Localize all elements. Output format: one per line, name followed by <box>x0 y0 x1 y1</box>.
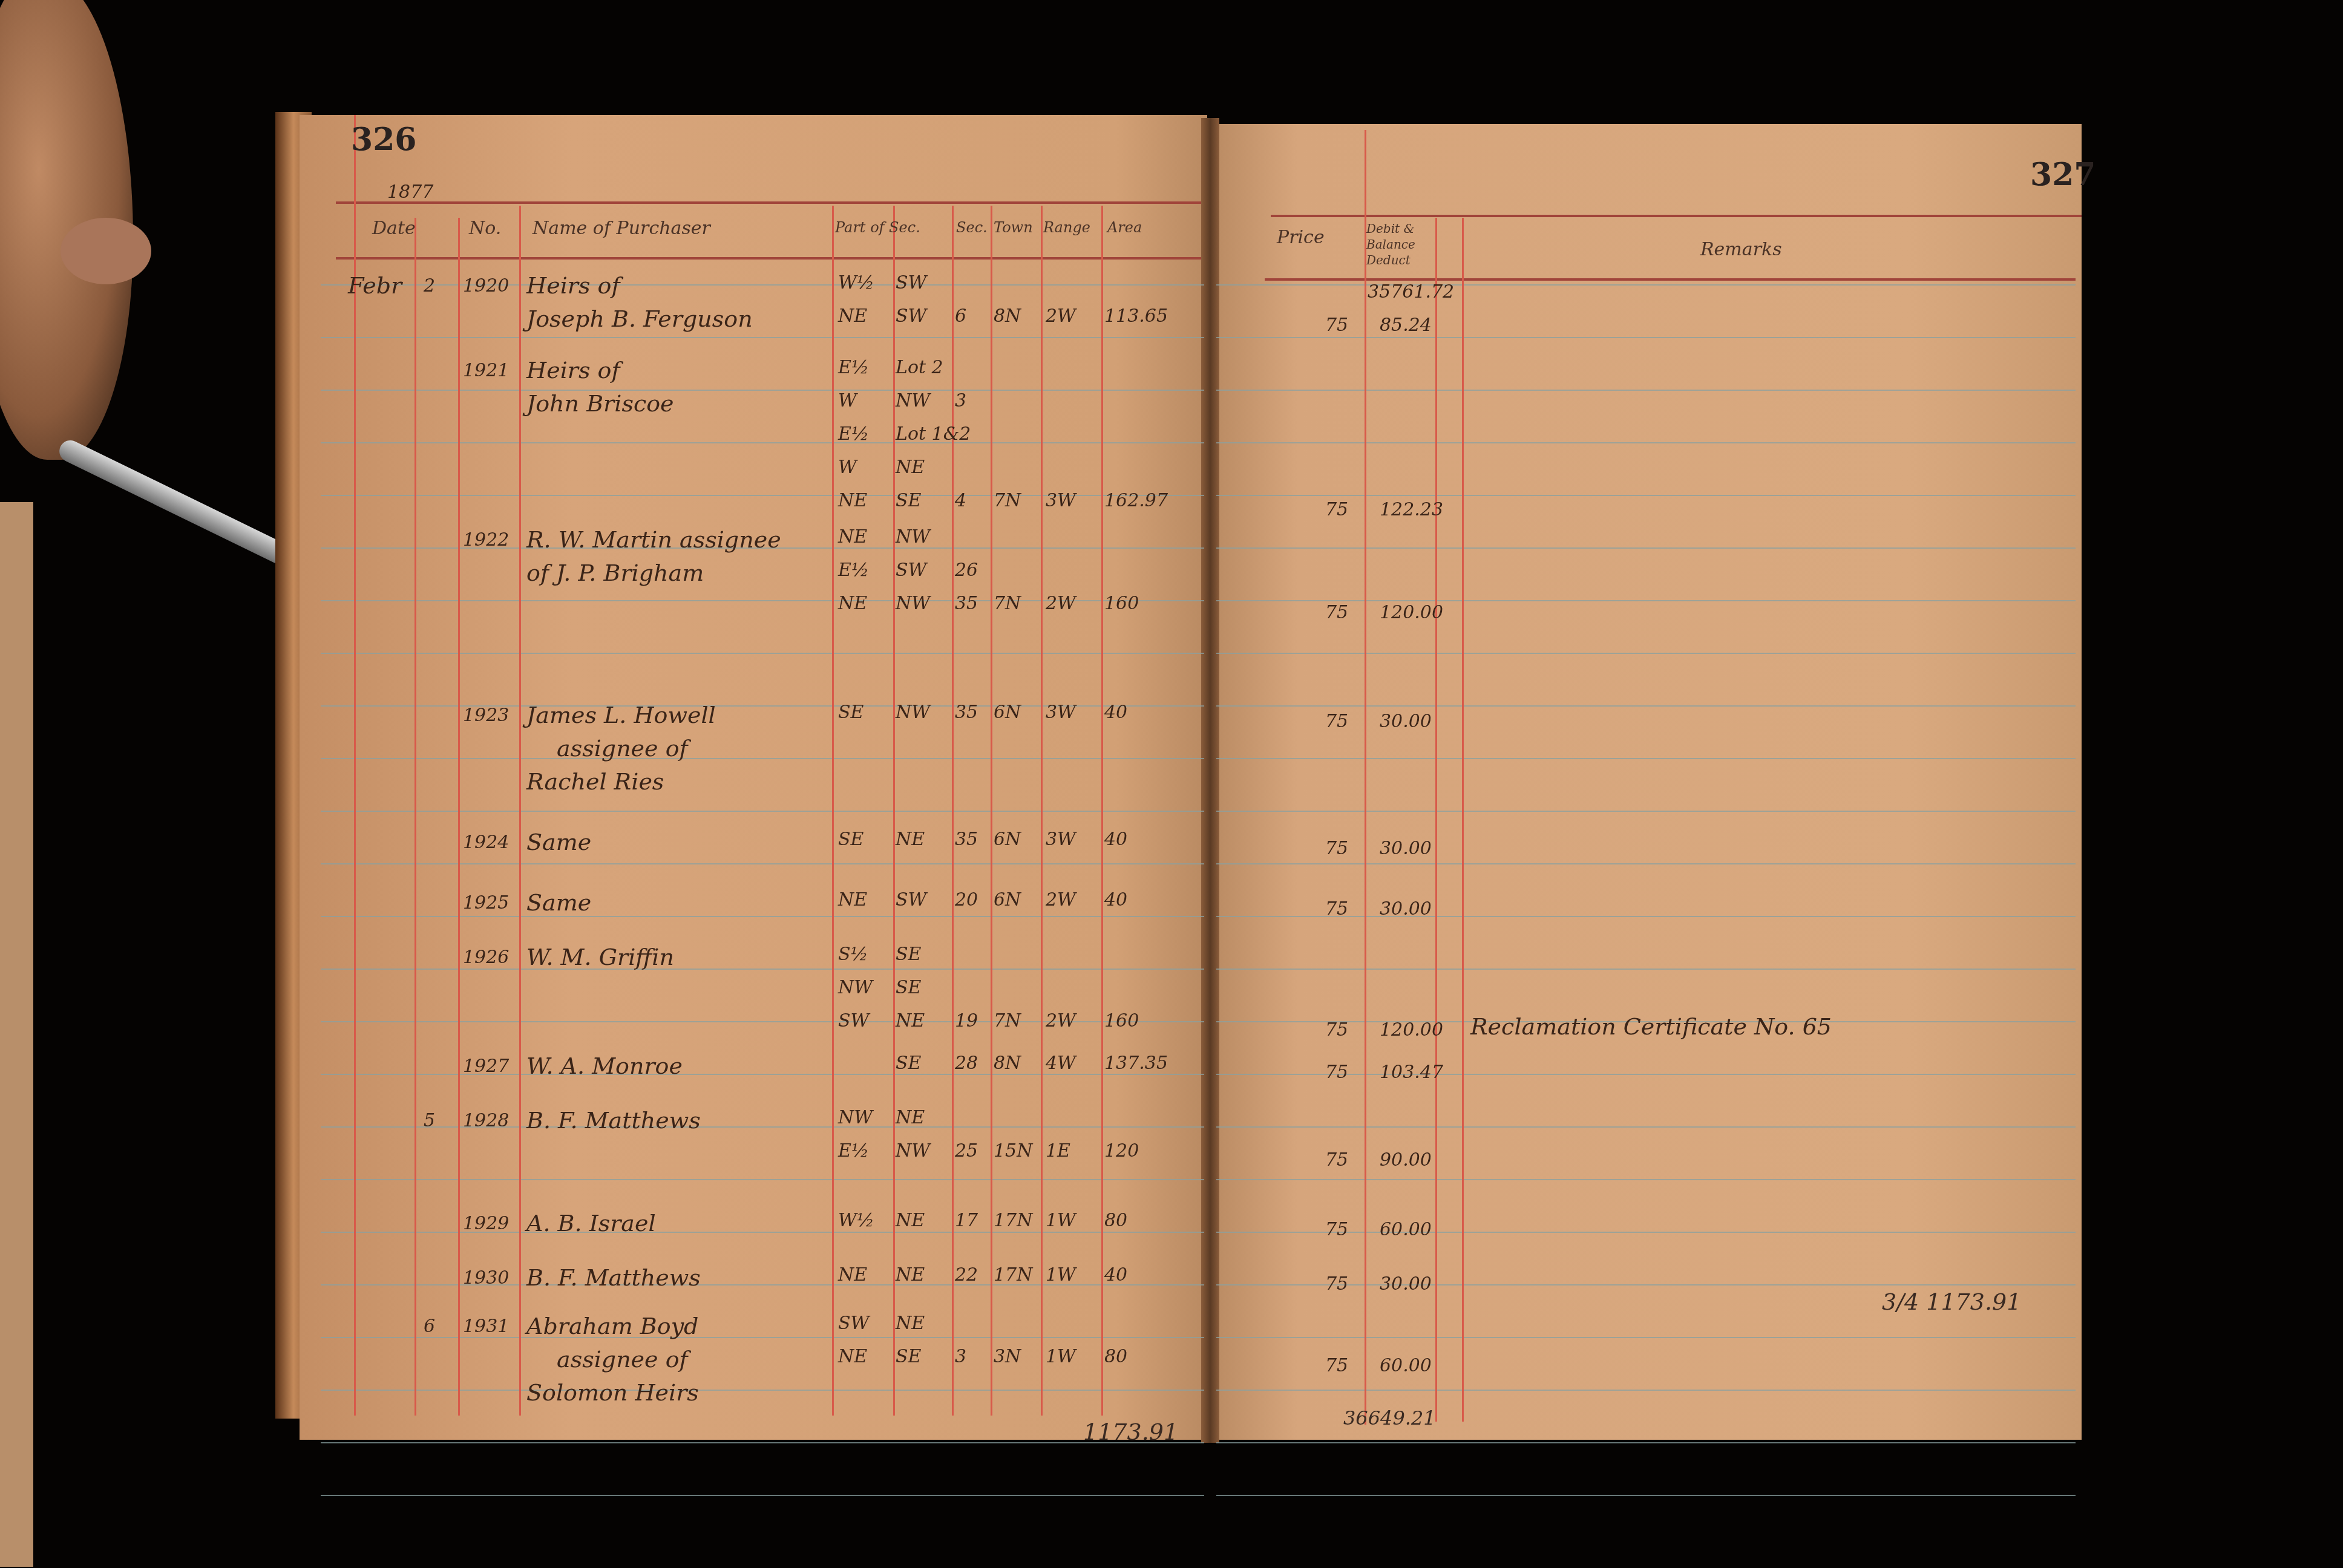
ledger-line <box>1216 653 2076 654</box>
land-desc-cell: 17N <box>994 1264 1032 1285</box>
header-bottom-rule-right <box>1265 278 2076 281</box>
land-desc-cell: 6N <box>994 829 1021 850</box>
land-desc-cell: E½ <box>838 423 869 445</box>
col-line <box>991 206 992 1416</box>
land-desc-cell: NE <box>838 889 867 910</box>
ledger-line <box>1216 284 2076 286</box>
land-desc-cell: 3W <box>1046 702 1076 723</box>
purchaser-name: B. F. Matthews <box>526 1107 701 1134</box>
land-desc-cell: NW <box>838 1107 873 1128</box>
ledger-line <box>1216 1179 2076 1180</box>
ledger-line <box>321 284 1204 286</box>
land-desc-cell: E½ <box>838 1140 869 1161</box>
purchaser-name: B. F. Matthews <box>526 1264 701 1291</box>
land-desc-cell: W <box>838 457 857 478</box>
land-desc-cell: 40 <box>1104 889 1127 910</box>
entry-price: 75 <box>1325 1019 1348 1040</box>
land-desc-cell: 4W <box>1046 1053 1076 1074</box>
ledger-line <box>321 811 1204 812</box>
purchaser-name: A. B. Israel <box>526 1210 656 1236</box>
ledger-line <box>321 1179 1204 1180</box>
adjacent-page-edge <box>0 502 33 1567</box>
entry-amount: 90.00 <box>1380 1149 1432 1171</box>
purchaser-name: of J. P. Brigham <box>526 560 704 586</box>
land-desc-cell: NW <box>896 1140 930 1161</box>
entry-amount: 122.23 <box>1380 499 1443 520</box>
entry-day: 2 <box>424 275 435 296</box>
land-desc-cell: 17N <box>994 1210 1032 1231</box>
purchaser-name: W. A. Monroe <box>526 1053 683 1079</box>
land-desc-cell: NW <box>896 526 930 547</box>
ledger-line <box>321 1390 1204 1391</box>
land-desc-cell: SE <box>838 702 863 723</box>
entry-number: 1931 <box>463 1316 509 1337</box>
entry-price: 75 <box>1325 1273 1348 1295</box>
land-desc-cell: 162.97 <box>1104 490 1168 511</box>
entry-amount: 120.00 <box>1380 1019 1443 1040</box>
entry-price: 75 <box>1325 1062 1348 1083</box>
purchaser-name: Same <box>526 829 591 855</box>
land-desc-cell: SW <box>896 560 926 581</box>
land-desc-cell: NE <box>896 1107 925 1128</box>
purchaser-name: assignee of <box>557 735 688 762</box>
entry-amount: 30.00 <box>1380 1273 1432 1295</box>
col-line <box>1041 206 1043 1416</box>
land-desc-cell: NE <box>896 457 925 478</box>
col-line <box>1462 218 1464 1422</box>
entry-price: 75 <box>1325 499 1348 520</box>
land-desc-cell: 4 <box>955 490 966 511</box>
land-desc-cell: NE <box>896 1010 925 1031</box>
entry-price: 75 <box>1325 1355 1348 1376</box>
land-desc-cell: 2W <box>1046 889 1076 910</box>
land-desc-cell: 22 <box>955 1264 978 1285</box>
land-desc-cell: E½ <box>838 560 869 581</box>
land-desc-cell: 120 <box>1104 1140 1139 1161</box>
header-part: Part of Sec. <box>835 219 920 236</box>
col-line <box>519 206 521 1416</box>
land-desc-cell: 8N <box>994 1053 1021 1074</box>
entry-price: 75 <box>1325 1149 1348 1171</box>
land-desc-cell: 17 <box>955 1210 978 1231</box>
land-desc-cell: 3W <box>1046 829 1076 850</box>
land-desc-cell: Lot 1&2 <box>896 423 971 445</box>
land-desc-cell: NE <box>896 1313 925 1334</box>
land-desc-cell: 3N <box>994 1346 1021 1367</box>
ledger-line <box>1216 758 2076 759</box>
land-desc-cell: W½ <box>838 1210 874 1231</box>
entry-amount: 30.00 <box>1380 838 1432 859</box>
purchaser-name: Heirs of <box>526 357 620 384</box>
carry-forward-note: 3/4 1173.91 <box>1882 1289 2021 1315</box>
entry-amount: 103.47 <box>1380 1062 1443 1083</box>
col-line <box>832 206 834 1416</box>
entry-number: 1927 <box>463 1056 509 1077</box>
land-desc-cell: 28 <box>955 1053 978 1074</box>
ledger-line <box>321 1074 1204 1075</box>
col-line <box>952 206 954 1416</box>
col-line <box>1435 218 1437 1422</box>
entry-number: 1930 <box>463 1267 509 1289</box>
ledger-line <box>1216 1442 2076 1443</box>
entry-month: Febr <box>348 272 402 299</box>
ledger-line <box>321 1442 1204 1443</box>
ledger-line <box>1216 1495 2076 1496</box>
header-town: Town <box>994 219 1033 236</box>
ledger-line <box>321 1232 1204 1233</box>
entry-amount: 60.00 <box>1380 1355 1432 1376</box>
ledger-line <box>1216 390 2076 391</box>
land-desc-cell: NW <box>896 593 930 614</box>
land-desc-cell: SE <box>896 1053 921 1074</box>
entry-remark: Reclamation Certificate No. 65 <box>1470 1013 1832 1040</box>
header-debit: Debit & Balance Deduct <box>1366 221 1457 268</box>
entry-price: 75 <box>1325 898 1348 920</box>
land-desc-cell: 6N <box>994 702 1021 723</box>
header-remarks: Remarks <box>1700 239 1782 260</box>
entry-price: 75 <box>1325 838 1348 859</box>
entry-day: 6 <box>424 1316 435 1337</box>
header-date: Date <box>372 218 416 239</box>
purchaser-name: assignee of <box>557 1346 688 1373</box>
ledger-line <box>321 863 1204 864</box>
entry-number: 1928 <box>463 1110 509 1131</box>
entry-amount: 120.00 <box>1380 602 1443 623</box>
land-desc-cell: 1W <box>1046 1264 1076 1285</box>
land-desc-cell: 19 <box>955 1010 978 1031</box>
land-desc-cell: 15N <box>994 1140 1032 1161</box>
book-gutter <box>1201 118 1219 1443</box>
land-desc-cell: NE <box>838 593 867 614</box>
ledger-line <box>321 442 1204 443</box>
purchaser-name: Same <box>526 889 591 916</box>
ledger-line <box>321 969 1204 970</box>
entry-number: 1923 <box>463 705 509 726</box>
land-desc-cell: 35 <box>955 702 978 723</box>
land-desc-cell: 7N <box>994 593 1021 614</box>
land-desc-cell: SE <box>896 490 921 511</box>
land-desc-cell: 7N <box>994 490 1021 511</box>
entry-number: 1921 <box>463 360 509 381</box>
land-desc-cell: 1W <box>1046 1210 1076 1231</box>
land-desc-cell: 6 <box>955 305 966 327</box>
land-desc-cell: NE <box>896 1264 925 1285</box>
ledger-line <box>321 1337 1204 1338</box>
col-line <box>415 218 416 1416</box>
ledger-line <box>1216 1337 2076 1338</box>
entry-number: 1929 <box>463 1213 509 1234</box>
header-range: Range <box>1043 219 1090 236</box>
prior-balance: 35761.72 <box>1368 281 1454 302</box>
ledger-line <box>1216 1390 2076 1391</box>
land-desc-cell: 80 <box>1104 1346 1127 1367</box>
header-no: No. <box>469 218 501 239</box>
ledger-line <box>1216 1126 2076 1128</box>
land-desc-cell: NE <box>838 1264 867 1285</box>
land-desc-cell: 1W <box>1046 1346 1076 1367</box>
entry-number: 1920 <box>463 275 509 296</box>
entry-day: 5 <box>424 1110 435 1131</box>
land-desc-cell: SW <box>838 1313 869 1334</box>
land-desc-cell: 40 <box>1104 1264 1127 1285</box>
ledger-line <box>1216 495 2076 496</box>
land-desc-cell: NE <box>838 490 867 511</box>
entry-price: 75 <box>1325 602 1348 623</box>
land-desc-cell: SE <box>896 1346 921 1367</box>
ledger-line <box>1216 547 2076 549</box>
col-line <box>354 115 356 1416</box>
purchaser-name: Rachel Ries <box>526 768 664 795</box>
ledger-line <box>1216 969 2076 970</box>
entry-price: 75 <box>1325 711 1348 732</box>
col-line <box>1365 130 1366 1425</box>
year-label: 1877 <box>387 181 433 203</box>
ledger-line <box>321 1126 1204 1128</box>
land-desc-cell: 160 <box>1104 593 1139 614</box>
land-desc-cell: W <box>838 390 857 411</box>
land-desc-cell: SW <box>896 889 926 910</box>
land-desc-cell: SW <box>838 1010 869 1031</box>
land-desc-cell: SW <box>896 305 926 327</box>
entry-amount: 30.00 <box>1380 898 1432 920</box>
ledger-line <box>321 758 1204 759</box>
page-number-left: 326 <box>351 121 417 158</box>
purchaser-name: R. W. Martin assignee <box>526 526 781 553</box>
land-desc-cell: 137.35 <box>1104 1053 1168 1074</box>
land-desc-cell: 35 <box>955 593 978 614</box>
header-name: Name of Purchaser <box>532 218 710 239</box>
purchaser-name: Abraham Boyd <box>526 1313 698 1339</box>
land-desc-cell: 2W <box>1046 1010 1076 1031</box>
land-desc-cell: 8N <box>994 305 1021 327</box>
ledger-line <box>1216 337 2076 338</box>
land-desc-cell: Lot 2 <box>896 357 943 378</box>
entry-price: 75 <box>1325 315 1348 336</box>
land-desc-cell: 20 <box>955 889 978 910</box>
ledger-line <box>1216 442 2076 443</box>
purchaser-name: Joseph B. Ferguson <box>526 305 753 332</box>
land-desc-cell: NE <box>838 305 867 327</box>
col-line <box>1101 206 1103 1416</box>
land-desc-cell: 1E <box>1046 1140 1070 1161</box>
land-desc-cell: W½ <box>838 272 874 293</box>
land-desc-cell: 3W <box>1046 490 1076 511</box>
purchaser-name: John Briscoe <box>526 390 674 417</box>
land-desc-cell: 2W <box>1046 593 1076 614</box>
purchaser-name: W. M. Griffin <box>526 944 674 970</box>
ledger-line <box>1216 863 2076 864</box>
land-desc-cell: 40 <box>1104 702 1127 723</box>
ledger-line <box>321 1495 1204 1496</box>
entry-number: 1922 <box>463 529 509 550</box>
entry-number: 1926 <box>463 947 509 968</box>
land-desc-cell: 3 <box>955 390 966 411</box>
header-sec: Sec. <box>956 219 988 236</box>
land-desc-cell: NW <box>896 702 930 723</box>
land-desc-cell: NW <box>838 977 873 998</box>
land-desc-cell: SE <box>896 977 921 998</box>
header-bottom-rule <box>336 257 1201 260</box>
ledger-line <box>1216 705 2076 707</box>
entry-amount: 60.00 <box>1380 1219 1432 1240</box>
page-number-right: 327 <box>2030 156 2096 193</box>
land-desc-cell: SE <box>896 944 921 965</box>
land-desc-cell: NE <box>838 1346 867 1367</box>
land-desc-cell: 7N <box>994 1010 1021 1031</box>
finger <box>61 218 151 284</box>
land-desc-cell: E½ <box>838 357 869 378</box>
ledger-line <box>321 337 1204 338</box>
entry-number: 1925 <box>463 892 509 913</box>
land-desc-cell: 35 <box>955 829 978 850</box>
purchaser-name: Solomon Heirs <box>526 1379 699 1406</box>
purchaser-name: James L. Howell <box>526 702 716 728</box>
land-desc-cell: NE <box>896 1210 925 1231</box>
purchaser-name: Heirs of <box>526 272 620 299</box>
entry-price: 75 <box>1325 1219 1348 1240</box>
ledger-line <box>321 916 1204 917</box>
land-desc-cell: 160 <box>1104 1010 1139 1031</box>
land-desc-cell: 3 <box>955 1346 966 1367</box>
land-desc-cell: 80 <box>1104 1210 1127 1231</box>
entry-amount: 30.00 <box>1380 711 1432 732</box>
land-desc-cell: NE <box>838 526 867 547</box>
header-top-rule-right <box>1271 215 2082 217</box>
land-desc-cell: 26 <box>955 560 978 581</box>
ledger-line <box>321 390 1204 391</box>
ledger-line <box>321 653 1204 654</box>
entry-number: 1924 <box>463 832 509 853</box>
header-top-rule <box>336 201 1201 204</box>
col-line <box>893 206 895 1416</box>
header-area: Area <box>1107 219 1142 236</box>
land-desc-cell: SW <box>896 272 926 293</box>
land-desc-cell: 6N <box>994 889 1021 910</box>
land-desc-cell: NW <box>896 390 930 411</box>
land-desc-cell: S½ <box>838 944 868 965</box>
land-desc-cell: 25 <box>955 1140 978 1161</box>
entry-amount: 85.24 <box>1380 315 1432 336</box>
header-price: Price <box>1277 227 1325 248</box>
land-desc-cell: 40 <box>1104 829 1127 850</box>
ledger-line <box>1216 811 2076 812</box>
col-line <box>458 218 460 1416</box>
land-desc-cell: 2W <box>1046 305 1076 327</box>
land-desc-cell: NE <box>896 829 925 850</box>
ledger-line <box>1216 600 2076 601</box>
left-page-total: 1173.91 <box>1083 1419 1178 1445</box>
land-desc-cell: 113.65 <box>1104 305 1168 327</box>
land-desc-cell: SE <box>838 829 863 850</box>
right-page-total: 36649.21 <box>1343 1406 1436 1429</box>
